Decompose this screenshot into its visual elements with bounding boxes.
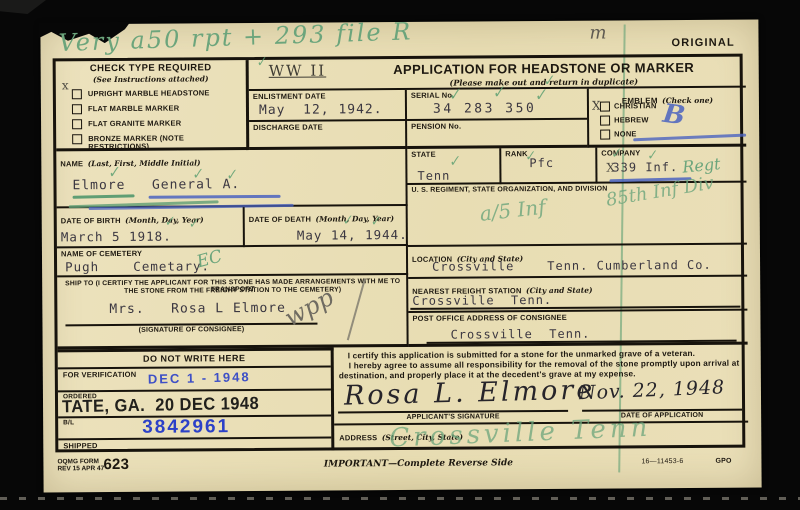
cemetery-handwriting: EC: [195, 248, 224, 271]
gpo-label: GPO: [715, 458, 731, 466]
discharge-date-label: DISCHARGE DATE: [253, 124, 323, 133]
check-mark-icon: ✓: [611, 146, 622, 161]
check-mark-icon: ✓: [165, 214, 176, 229]
bl-label: B/L: [63, 419, 74, 426]
name-paren: (Last, First, Middle Initial): [88, 158, 201, 168]
checkbox-none[interactable]: [600, 130, 610, 140]
check-type-box: CHECK TYPE REQUIRED (See Instructions at…: [56, 60, 250, 151]
option-bronze: BRONZE MARKER (NOTE RESTRICTIONS): [88, 134, 246, 152]
checkbox-upright-marble[interactable]: [72, 89, 82, 99]
checkbox-bronze[interactable]: [72, 134, 82, 144]
name-label: NAME: [60, 159, 83, 168]
location-value: Crossville Tenn. Cumberland Co.: [432, 259, 712, 273]
option-flat-marble: FLAT MARBLE MARKER: [88, 105, 179, 114]
post-office-value: Crossville Tenn.: [451, 328, 591, 341]
important-note: IMPORTANT—Complete Reverse Side: [253, 458, 583, 470]
scan-corner-artifact: [0, 0, 46, 14]
form-number-block: OQMG FORM REV 15 APR 47: [57, 458, 104, 473]
location-cell: LOCATION (City and State) Crossville Ten…: [408, 245, 747, 279]
regiment-cell: U. S. REGIMENT, STATE ORGANIZATION, AND …: [408, 183, 747, 247]
checkbox-hebrew[interactable]: [600, 116, 610, 126]
post-office-label: POST OFFICE ADDRESS OF CONSIGNEE: [412, 314, 567, 323]
ship-to-label-line2: THE STONE FROM THE FREIGHT STATION TO TH…: [61, 286, 404, 296]
blue-underline: [633, 134, 746, 142]
applicant-signature: Rosa L. Elmore: [344, 376, 596, 409]
green-underline: [73, 194, 135, 199]
check-mark-icon: ✓: [535, 86, 549, 105]
date-of-birth-cell: DATE OF BIRTH (Month, Day, Year) ✓ ✓ Mar…: [57, 207, 245, 248]
ordered-stamp: TATE, GA. 20 DEC 1948: [62, 395, 259, 416]
state-label: STATE: [411, 151, 436, 159]
emblem-blue-mark: B: [661, 101, 686, 130]
check-mark-icon: ✓: [493, 83, 507, 102]
office-divider-2: [58, 388, 331, 392]
cemetery-value: Pugh Cemetary.: [65, 260, 210, 274]
scan-edge-speckles: [0, 497, 800, 500]
enlistment-date-value: May 12, 1942.: [259, 103, 383, 117]
emblem-box: EMBLEM (Check one) X CHRISTIAN HEBREW NO…: [587, 88, 746, 148]
rank-cell: RANK ✓ Pfc: [501, 148, 597, 185]
form-outer-box: CHECK TYPE REQUIRED (See Instructions at…: [53, 54, 746, 453]
pension-no-cell: PENSION No.: [407, 120, 587, 149]
regiment-label: U. S. REGIMENT, STATE ORGANIZATION, AND …: [412, 186, 608, 195]
enlistment-date-label: ENLISTMENT DATE: [253, 93, 326, 102]
cemetery-label: NAME OF CEMETERY: [61, 250, 142, 259]
option-hebrew: HEBREW: [614, 116, 649, 124]
serial-no-value: 34 283 350: [433, 102, 536, 116]
ship-to-value: Mrs. Rosa L Elmore: [109, 302, 286, 316]
ww2-annotation: WW II: [269, 64, 327, 79]
name-label-row: NAME (Last, First, Middle Initial): [60, 152, 200, 171]
pension-no-label: PENSION No.: [411, 123, 461, 132]
print-code: 16—11453-6: [641, 458, 683, 466]
cemetery-cell: NAME OF CEMETERY Pugh Cemetary. EC: [57, 246, 408, 277]
check-mark-icon: ✓: [449, 153, 461, 169]
checkbox-christian[interactable]: [600, 102, 610, 112]
office-divider-1: [58, 365, 331, 369]
serial-no-cell: SERIAL No. ✓ ✓ ✓ 34 283 350: [407, 89, 587, 121]
pencil-x-mark: x: [62, 79, 69, 91]
form-number: 623: [103, 457, 129, 474]
ship-to-cell: SHIP TO (I CERTIFY THE APPLICANT FOR THI…: [57, 275, 408, 349]
option-upright-marble: UPRIGHT MARBLE HEADSTONE: [88, 89, 210, 98]
company-handwriting: Regt: [682, 156, 722, 176]
dod-paren: (Month, Day, Year): [315, 214, 394, 224]
address-label: ADDRESS: [339, 433, 377, 442]
form-paper: Very a50 rpt + 293 file R m ORIGINAL CHE…: [40, 19, 761, 492]
form-line2: REV 15 APR 47: [57, 466, 104, 474]
date-of-death-cell: DATE OF DEATH (Month, Day, Year) ✓ ✓ May…: [245, 206, 408, 247]
check-mark-icon: ✓: [257, 55, 268, 70]
office-divider-4: [58, 436, 331, 440]
shipped-label: SHIPPED: [63, 442, 97, 450]
scanned-photo-background: { "colors":{"paper":"#e9dfb8","ink":"#17…: [0, 0, 800, 510]
post-office-cell: POST OFFICE ADDRESS OF CONSIGNEE Crossvi…: [408, 311, 747, 347]
option-christian: CHRISTIAN: [614, 102, 657, 111]
bl-number-stamp: 3842961: [142, 417, 230, 437]
dob-label: DATE OF BIRTH: [61, 216, 121, 225]
state-cell: STATE ✓ Tenn: [407, 148, 501, 185]
name-value: Elmore General A.: [72, 178, 240, 192]
check-mark-icon: ✓: [189, 216, 200, 231]
check-type-title: CHECK TYPE REQUIRED: [56, 63, 246, 75]
checkbox-flat-granite[interactable]: [72, 119, 82, 129]
check-type-subtitle: (See Instructions attached): [56, 74, 246, 84]
original-label: ORIGINAL: [671, 37, 734, 50]
application-date-value: Nov. 22, 1948: [579, 378, 726, 403]
check-mark-icon: ✓: [343, 213, 354, 228]
rank-value: Pfc: [529, 157, 554, 169]
state-value: Tenn: [417, 170, 450, 182]
freight-value: Crossville Tenn.: [412, 294, 552, 307]
consignee-caption: (SIGNATURE OF CONSIGNEE): [65, 326, 317, 335]
name-cell: NAME (Last, First, Middle Initial) ✓ ✓ ✓…: [56, 149, 407, 208]
blue-underline: [149, 195, 281, 199]
discharge-date-cell: DISCHARGE DATE: [249, 121, 407, 150]
verification-date-stamp: DEC 1 - 1948: [148, 370, 251, 386]
option-flat-granite: FLAT GRANITE MARKER: [88, 120, 181, 129]
do-not-write-box: DO NOT WRITE HERE FOR VERIFICATION DEC 1…: [58, 347, 335, 452]
freight-station-cell: NEAREST FREIGHT STATION (City and State)…: [408, 277, 747, 313]
pencil-mark-top: m: [589, 25, 606, 43]
regiment-handwriting-left: a/5 Inf: [479, 197, 547, 224]
dod-label: DATE OF DEATH: [249, 215, 311, 224]
dob-value: March 5 1918.: [61, 231, 172, 244]
for-verification-label: FOR VERIFICATION: [63, 371, 137, 380]
enlistment-date-cell: ENLISTMENT DATE May 12, 1942.: [249, 90, 407, 122]
company-value: 339 Inf.: [612, 161, 678, 173]
dob-label-row: DATE OF BIRTH (Month, Day, Year): [61, 209, 204, 228]
do-not-write-title: DO NOT WRITE HERE: [58, 353, 331, 365]
certification-block: I certify this application is submitted …: [334, 345, 749, 451]
checkbox-flat-marble[interactable]: [72, 104, 82, 114]
dod-value: May 14, 1944.: [297, 229, 408, 242]
